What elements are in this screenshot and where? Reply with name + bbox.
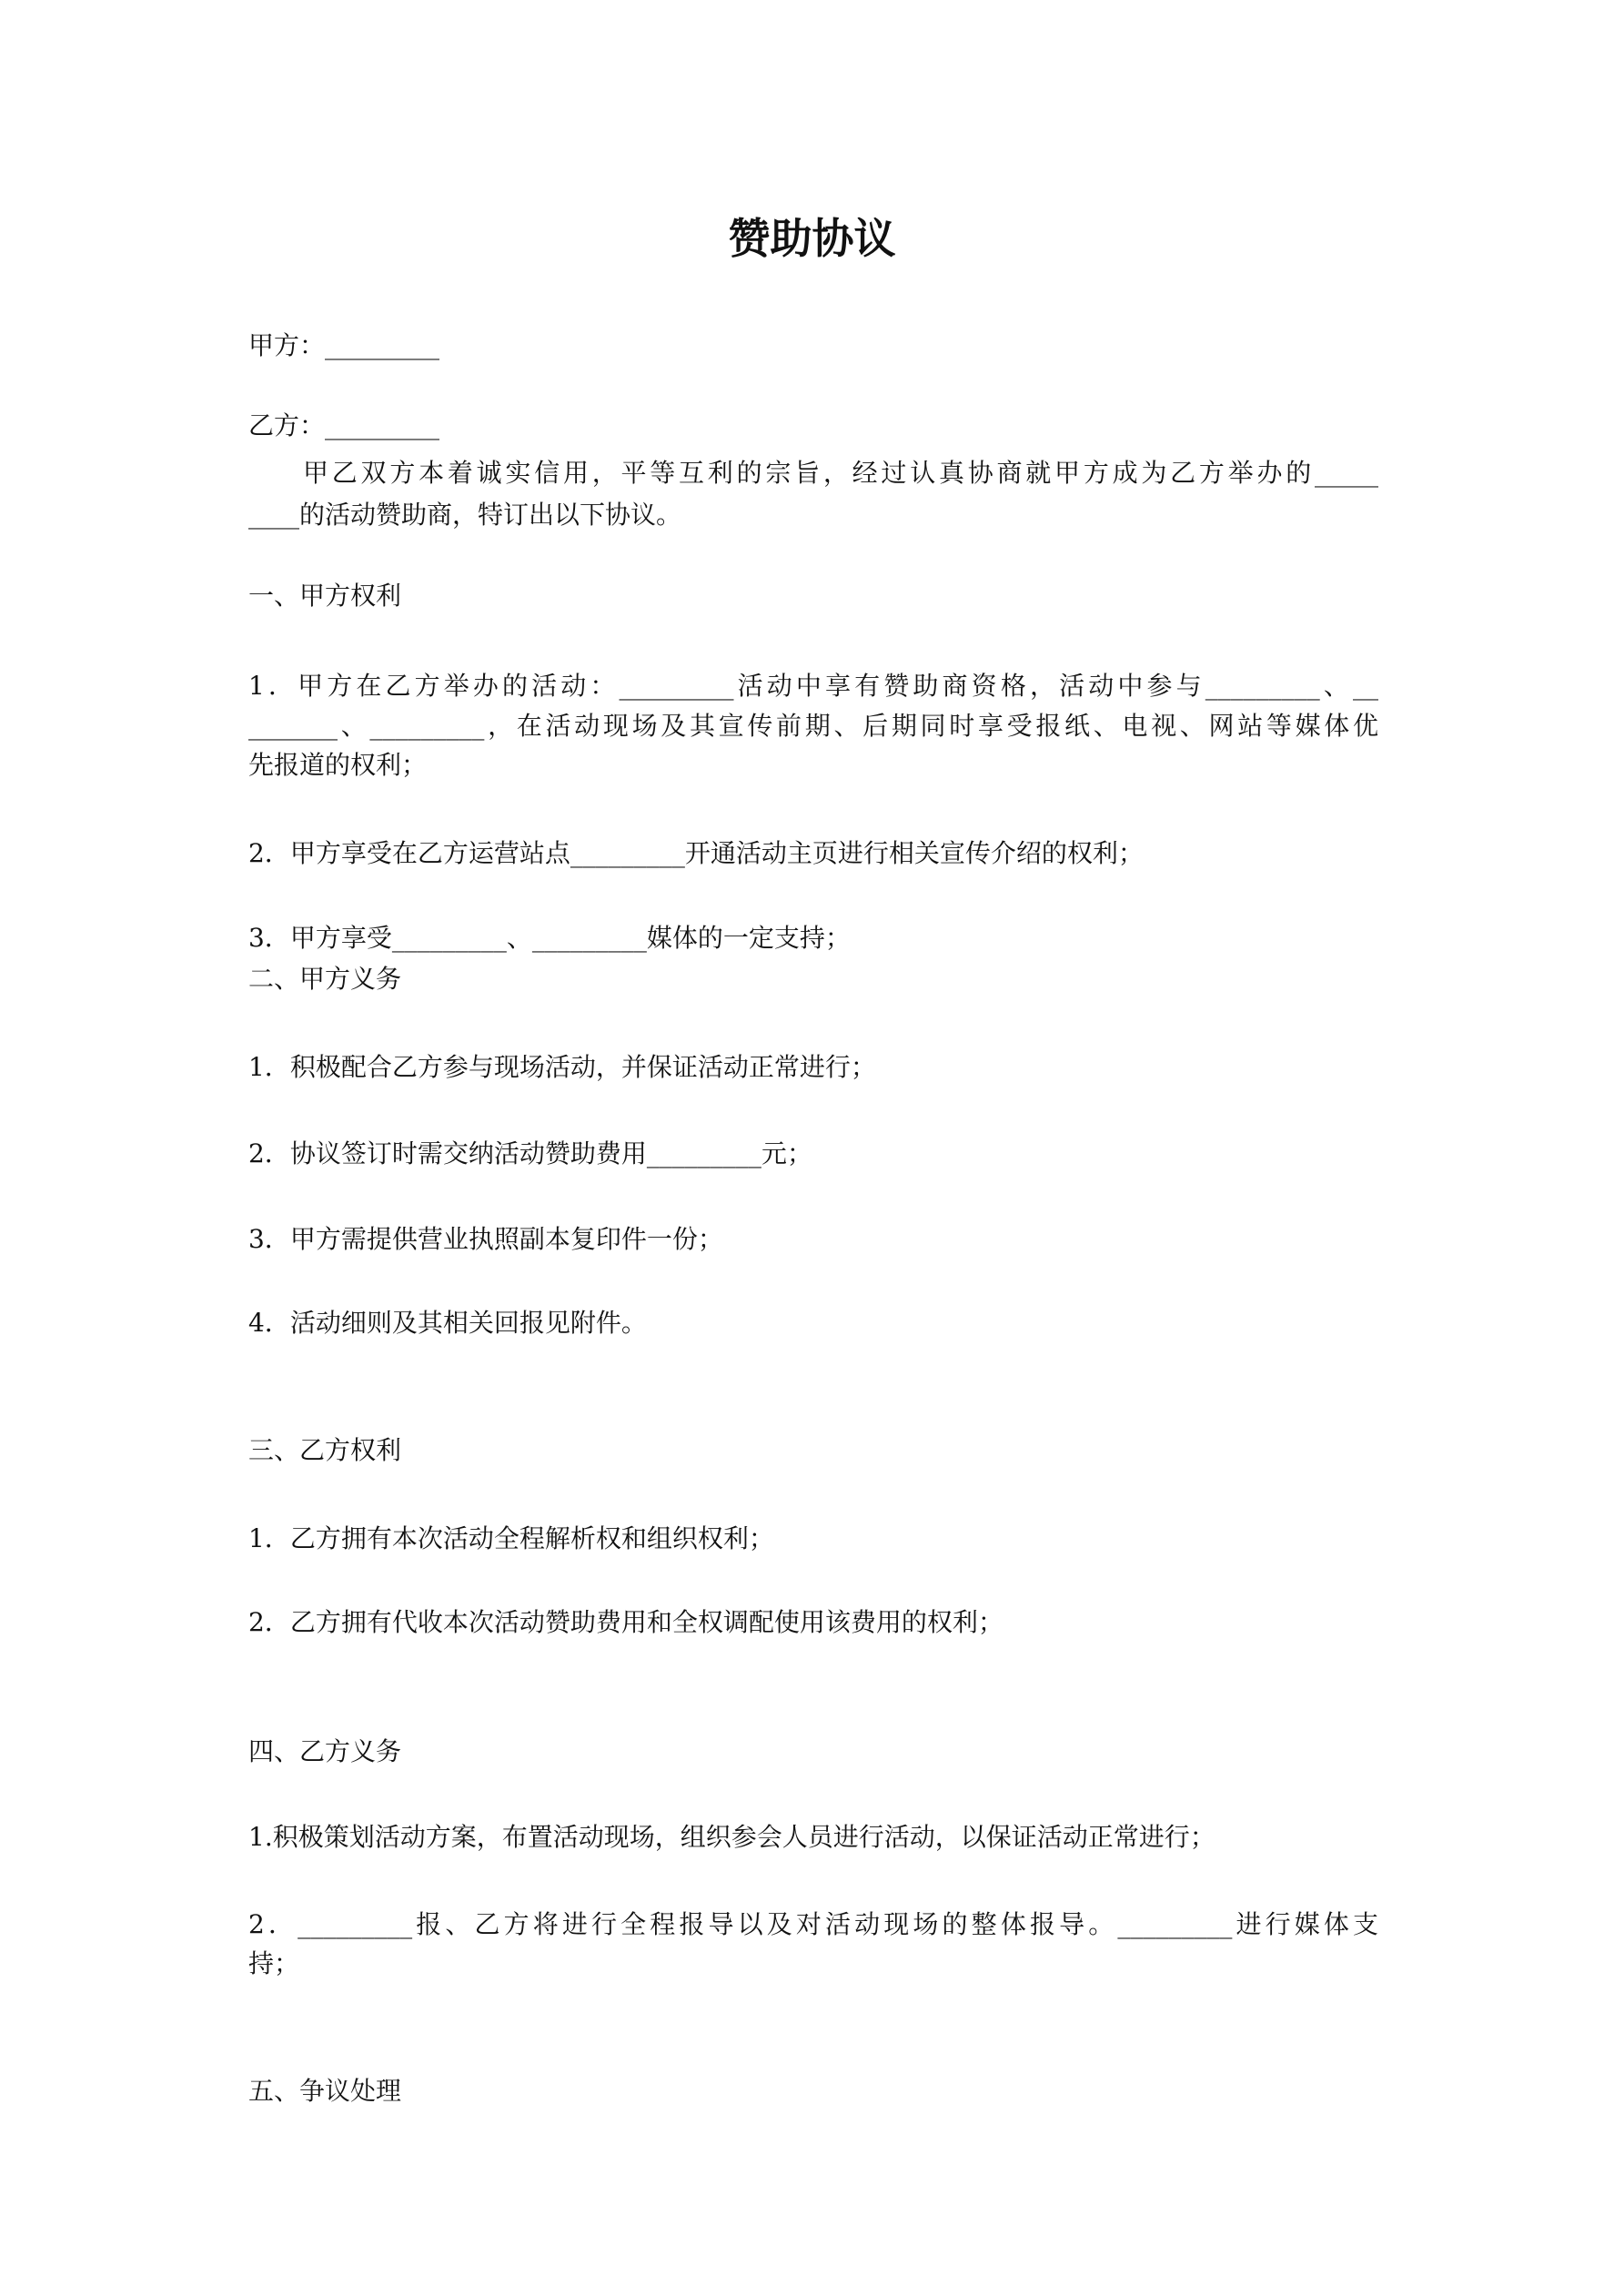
clause-1-1-line-1: 1．甲方在乙方举办的活动：_________活动中享有赞助商资格，活动中参与__… xyxy=(248,668,1378,704)
preamble-line-2: ____的活动赞助商，特订出以下协议。 xyxy=(248,497,1378,533)
clause-1-1-line-3: 先报道的权利； xyxy=(248,747,1378,784)
clause-3-2: 2．乙方拥有代收本次活动赞助费用和全权调配使用该费用的权利； xyxy=(248,1604,1378,1641)
document-page: 赞助协议 甲方：_________ 乙方：_________ 甲乙双方本着诚实信… xyxy=(0,0,1624,2296)
clause-1-1-line-2: _______、_________，在活动现场及其宣传前期、后期同时享受报纸、电… xyxy=(248,708,1378,744)
section-heading-1: 一、甲方权利 xyxy=(248,578,1378,614)
section-heading-3: 三、乙方权利 xyxy=(248,1432,1378,1469)
clause-4-2-line-2: 持； xyxy=(248,1946,1378,1982)
clause-1-2: 2．甲方享受在乙方运营站点_________开通活动主页进行相关宣传介绍的权利； xyxy=(248,835,1378,872)
section-heading-2: 二、甲方义务 xyxy=(248,961,1378,997)
clause-2-2: 2．协议签订时需交纳活动赞助费用_________元； xyxy=(248,1136,1378,1172)
clause-3-1: 1．乙方拥有本次活动全程解析权和组织权利； xyxy=(248,1521,1378,1557)
clause-1-3: 3．甲方享受_________、_________媒体的一定支持； xyxy=(248,920,1378,956)
party-b-line: 乙方：_________ xyxy=(248,408,1378,444)
party-a-line: 甲方：_________ xyxy=(248,328,1378,364)
preamble-line-1: 甲乙双方本着诚实信用，平等互利的宗旨，经过认真协商就甲方成为乙方举办的_____ xyxy=(303,455,1378,491)
section-heading-5: 五、争议处理 xyxy=(248,2073,1378,2109)
clause-2-4: 4．活动细则及其相关回报见附件。 xyxy=(248,1305,1378,1341)
document-title: 赞助协议 xyxy=(0,211,1624,266)
clause-2-1: 1．积极配合乙方参与现场活动，并保证活动正常进行； xyxy=(248,1049,1378,1086)
clause-2-3: 3．甲方需提供营业执照副本复印件一份； xyxy=(248,1221,1378,1258)
clause-4-2-line-1: 2．_________报、乙方将进行全程报导以及对活动现场的整体报导。_____… xyxy=(248,1907,1378,1943)
clause-4-1: 1.积极策划活动方案，布置活动现场，组织参会人员进行活动，以保证活动正常进行； xyxy=(248,1819,1378,1856)
section-heading-4: 四、乙方义务 xyxy=(248,1734,1378,1770)
